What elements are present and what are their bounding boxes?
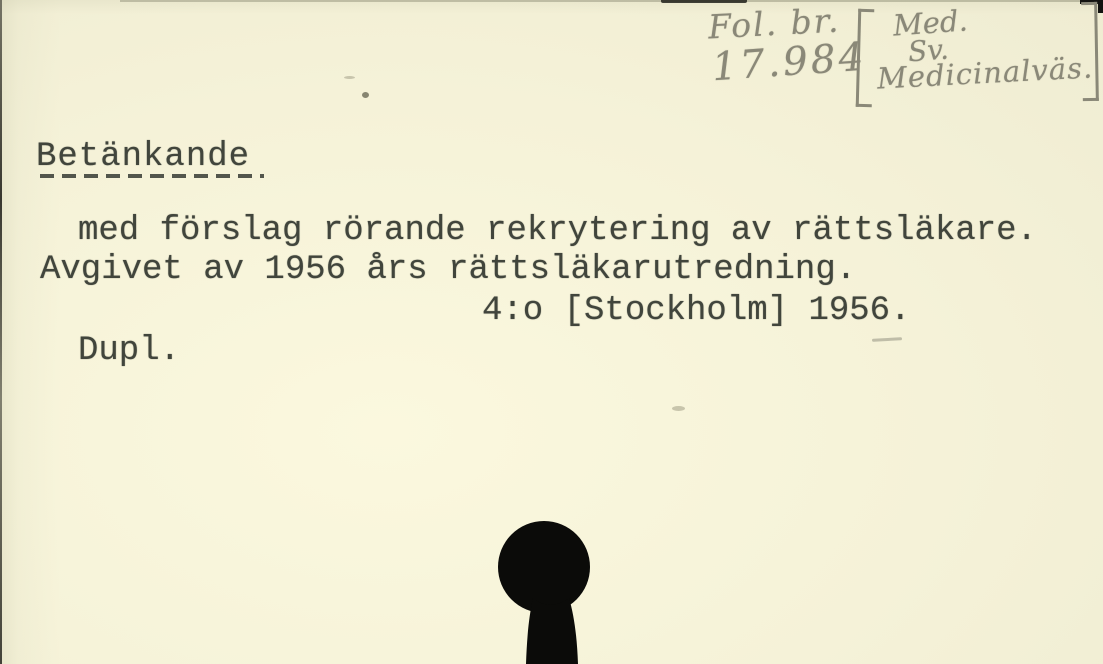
- punch-hole: [478, 510, 610, 664]
- scan-edge-left: [0, 0, 2, 664]
- paper-speck: [672, 406, 685, 411]
- pencil-dash-mark: [872, 337, 902, 342]
- duplicate-note: Dupl.: [78, 334, 180, 368]
- shelfmark-number: 17.984: [711, 35, 868, 91]
- imprint-line: 4:o [Stockholm] 1956.: [482, 294, 910, 328]
- heading-underline: [40, 174, 264, 178]
- subject-bracket-left: [856, 9, 875, 107]
- title-line: med förslag rörande rekrytering av rätts…: [78, 214, 1037, 248]
- scan-edge-top: [120, 0, 1103, 2]
- scan-edge-top-streak: [661, 0, 747, 3]
- scan-edge-right-top: [1098, 0, 1103, 13]
- paper-speck: [362, 92, 369, 98]
- catalog-card: Fol. br. 17.984 Med. Sv. Medicinalväs. B…: [0, 0, 1103, 664]
- statement-line: Avgivet av 1956 års rättsläkarutredning.: [40, 253, 856, 287]
- subject-bracket-right: [1081, 2, 1099, 101]
- paper-speck: [344, 76, 355, 79]
- card-heading: Betänkande: [36, 140, 250, 174]
